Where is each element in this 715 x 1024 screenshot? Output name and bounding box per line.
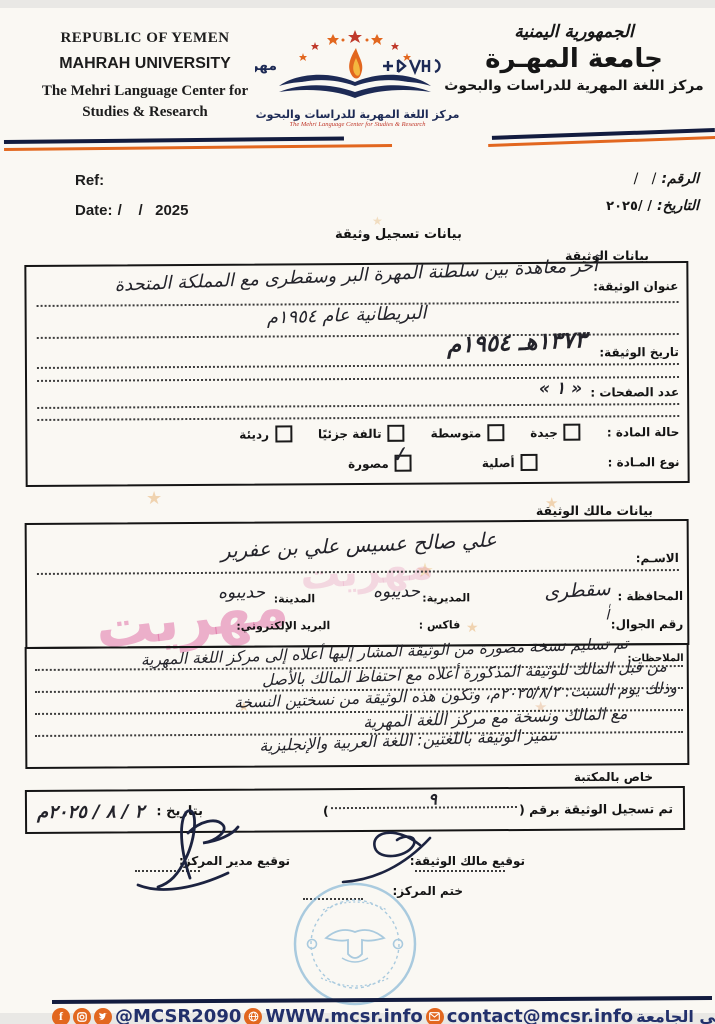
condition-option-poor: رديئة <box>239 425 292 442</box>
globe-icon <box>244 1008 262 1024</box>
checkbox-copy-checked: ✓ <box>395 455 412 472</box>
notes-box: الملاحظات: تم تسليم نسخة مصورة من الوثيق… <box>25 643 690 769</box>
logo-caption-english: The Mehri Language Center for Studies & … <box>255 121 460 128</box>
registration-number-handwriting: ٩ <box>428 789 437 808</box>
tarikh-label: التاريخ: <box>657 198 699 214</box>
checkbox-medium <box>487 424 504 441</box>
pages-handwriting: « ١ » <box>539 379 582 399</box>
checkbox-poor <box>275 425 292 442</box>
city-handwriting: حديبوه <box>218 583 265 603</box>
doc-title-label: عنوان الوثيقة: <box>593 279 679 294</box>
tarikh-value: / /٢٠٢٥ <box>606 199 652 214</box>
pages-label: عدد الصفحات : <box>590 385 679 400</box>
university-title-en: MAHRAH UNIVERSITY <box>28 55 262 73</box>
header-divider-right <box>488 128 715 147</box>
condition-option-partially-damaged: تالفة جزئيًا <box>318 425 405 443</box>
raqm-row: الرقم: / / <box>606 168 699 187</box>
center-title-ar: مركز اللغة المهرية للدراسات والبحوث <box>440 78 708 94</box>
twitter-icon <box>94 1008 112 1024</box>
contact-email: contact@mcsr.info <box>447 1006 633 1024</box>
email-icon <box>426 1008 444 1024</box>
dotted-line <box>37 415 679 421</box>
checkbox-partially-damaged <box>388 425 405 442</box>
material-type-label: نوع المـادة : <box>608 455 680 469</box>
ref-block-arabic: الرقم: / / التاريخ: / /٢٠٢٥ <box>606 168 699 214</box>
website-url: WWW.mcsr.info <box>265 1006 422 1024</box>
checkbox-original <box>521 454 538 471</box>
date-row-en: Date: / / 2025 <box>75 200 189 219</box>
country-title-en: REPUBLIC OF YEMEN <box>28 30 262 47</box>
doc-date-handwriting: ١٣٧٣هـ ١٩٥٤م <box>446 327 587 359</box>
ref-label: Ref: <box>75 172 104 189</box>
raqm-label: الرقم: <box>662 171 700 187</box>
registration-suffix: ) <box>323 803 329 818</box>
district-label-footer: حي الجامعة <box>636 1007 715 1024</box>
footer-contact-bar: f @MCSR2090 WWW.mcsr.info contact@mcsr.i… <box>52 1006 708 1024</box>
instagram-icon <box>73 1008 91 1024</box>
fax-label: فاكس : <box>419 618 461 631</box>
university-title-ar: جامعة المهـرة <box>440 44 708 74</box>
tarikh-row: التاريخ: / /٢٠٢٥ <box>606 195 699 214</box>
logo-wordmark: مهريت <box>255 58 277 74</box>
mobile-handwriting-mark: اٰ <box>605 607 609 623</box>
center-title-en-line1: The Mehri Language Center for <box>28 83 262 100</box>
section-title-library: خاص بالمكتبة <box>574 770 653 784</box>
doc-title-handwriting-line1: آخر معاهدة بين سلطنة المهرة البر وسقطرى … <box>114 255 598 296</box>
dotted-line <box>37 403 679 409</box>
date-value-en: / / 2025 <box>118 202 189 219</box>
checkbox-good <box>564 424 581 441</box>
header-english-block: REPUBLIC OF YEMEN MAHRAH UNIVERSITY The … <box>28 30 262 121</box>
doc-date-label: تاريخ الوثيقة: <box>599 345 679 359</box>
dotted-line <box>37 569 679 575</box>
section-title-owner: بيانات مالك الوثيقة <box>536 503 653 518</box>
handwritten-check-icon: ✓ <box>390 442 412 469</box>
owner-data-box: الاسـم: علي صالح عسيس علي بن عفرير المحا… <box>25 519 690 649</box>
dotted-line <box>37 376 679 382</box>
material-type-row: نوع المـادة : أصلية ✓ مصورة <box>348 453 680 472</box>
date-label-en: Date: <box>75 202 113 219</box>
logo-graphic: مهريت <box>255 26 460 106</box>
doc-title-handwriting-line2: البريطانية عام ١٩٥٤م <box>267 302 427 328</box>
condition-row: حالة المادة : جيدة متوسطة تالفة جزئيًا ر… <box>239 423 679 443</box>
facebook-icon: f <box>52 1008 70 1024</box>
center-logo: مهريت مركز اللغة المهرية للدراسات والبحو… <box>255 26 460 138</box>
district-label: المديرية: <box>422 591 470 604</box>
mobile-label: رقم الجوال: <box>611 617 684 631</box>
header-divider-left <box>4 136 392 151</box>
city-label: المدينة: <box>274 592 315 605</box>
district-handwriting: حديبوه <box>373 582 420 602</box>
center-title-en-line2: Studies & Research <box>28 104 262 121</box>
raqm-value: / / <box>634 171 657 187</box>
star-watermark: ★ <box>146 488 162 509</box>
type-option-original: أصلية <box>482 454 538 471</box>
email-label: البريد الإلكتروني: <box>236 619 330 633</box>
governorate-label: المحافظة : <box>617 589 683 603</box>
scanned-document-page: ★ ★ ★ ★ ★ ★ ★ مهريت مهريت REPUBLIC OF YE… <box>0 8 715 1013</box>
social-handle: @MCSR2090 <box>115 1006 241 1024</box>
condition-option-good: جيدة <box>530 424 581 441</box>
condition-label: حالة المادة : <box>607 425 680 439</box>
header-arabic-block: الجمهورية اليمنية جامعة المهـرة مركز الل… <box>440 22 708 94</box>
owner-name-label: الاسـم: <box>636 551 679 565</box>
registration-prefix: تم تسجيل الوثيقة برقم ( <box>519 801 673 817</box>
section-title-registration: بيانات تسجيل وثيقة <box>335 227 462 242</box>
document-data-box: عنوان الوثيقة: آخر معاهدة بين سلطنة المه… <box>24 261 689 487</box>
condition-option-medium: متوسطة <box>431 424 505 441</box>
center-round-stamp-icon <box>288 880 423 1010</box>
type-option-copy: ✓ مصورة <box>348 455 412 472</box>
star-watermark: ★ <box>372 214 383 228</box>
logo-caption-arabic: مركز اللغة المهرية للدراسات والبحوث <box>255 108 460 121</box>
mehri-script-icon <box>383 60 440 72</box>
registration-number-line: ٩ <box>331 806 517 809</box>
owner-name-handwriting: علي صالح عسيس علي بن عفرير <box>220 527 497 562</box>
dotted-line <box>37 363 679 369</box>
governorate-handwriting: سقطرى <box>543 578 611 604</box>
country-title-ar: الجمهورية اليمنية <box>440 22 708 42</box>
director-signature-icon <box>128 803 243 898</box>
